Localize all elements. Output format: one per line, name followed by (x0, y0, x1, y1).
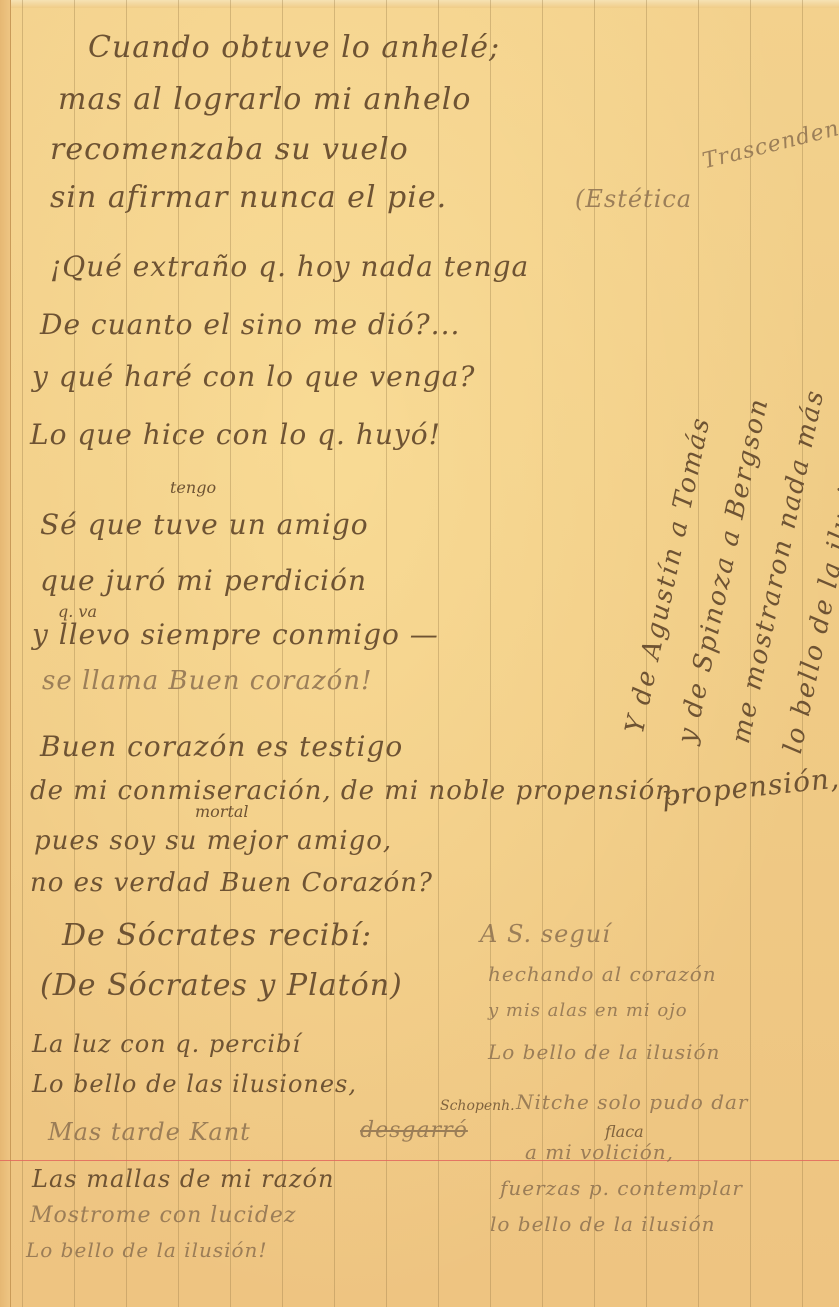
insertion-word: flaca (605, 1122, 644, 1141)
struck-word: desgarró (360, 1118, 468, 1143)
verse-line: Las mallas de mi razón (32, 1165, 334, 1193)
verse-line: de mi conmiseración, de mi noble propens… (30, 776, 682, 806)
verse-line: Lo bello de la ilusión! (26, 1238, 267, 1262)
verse-line: no es verdad Buen Corazón? (30, 868, 433, 898)
verse-line: mas al lograrlo mi anhelo (58, 82, 471, 117)
verse-line: La luz con q. percibí (32, 1030, 301, 1058)
right-verse-line: lo bello de la ilusión (490, 1212, 716, 1236)
verse-line: Sé que tuve un amigo (40, 508, 369, 541)
verse-line: Mostrome con lucidez (30, 1203, 297, 1228)
insertion-word: Schopenh. (440, 1098, 515, 1114)
verse-line: ¡Qué extraño q. hoy nada tenga (50, 250, 529, 283)
verse-line: y qué haré con lo que venga? (32, 360, 475, 393)
verse-line: se llama Buen corazón! (42, 666, 372, 696)
verse-line: sin afirmar nunca el pie. (50, 180, 447, 215)
verse-line: pues soy su mejor amigo, (34, 826, 392, 856)
right-verse-line: hechando al corazón (488, 962, 717, 986)
verse-line: Lo que hice con lo q. huyó! (30, 418, 441, 451)
verse-line: Cuando obtuve lo anhelé; (88, 30, 500, 65)
verse-line: (De Sócrates y Platón) (40, 968, 403, 1003)
insertion-word: tengo (170, 478, 216, 497)
paper-left-edge (0, 0, 11, 1307)
ruling-line (22, 0, 23, 1307)
verse-line: Buen corazón es testigo (40, 730, 403, 763)
verse-line: recomenzaba su vuelo (50, 132, 409, 167)
right-verse-line: a mi volición, (525, 1140, 674, 1164)
verse-line: y llevo siempre conmigo — (32, 618, 439, 651)
manuscript-page: Cuando obtuve lo anhelé; mas al lograrlo… (0, 0, 839, 1307)
margin-red-line (0, 1160, 839, 1161)
verse-line: Lo bello de las ilusiones, (32, 1070, 357, 1098)
verse-line: De cuanto el sino me dió?... (40, 308, 460, 341)
verse-line: De Sócrates recibí: (62, 918, 372, 953)
verse-line: Mas tarde Kant (48, 1118, 251, 1146)
right-verse-line: y mis alas en mi ojo (488, 1000, 688, 1021)
right-verse-line: Nitche solo pudo dar (516, 1090, 748, 1114)
insertion-word: mortal (195, 802, 249, 821)
verse-line: que juró mi perdición (40, 564, 367, 597)
right-verse-line: A S. seguí (480, 920, 611, 948)
right-verse-line: fuerzas p. contemplar (500, 1176, 743, 1200)
bracket-note: (Estética (575, 185, 692, 213)
diagonal-note: Trascendental (700, 108, 839, 174)
right-verse-line: Lo bello de la ilusión (488, 1040, 720, 1064)
